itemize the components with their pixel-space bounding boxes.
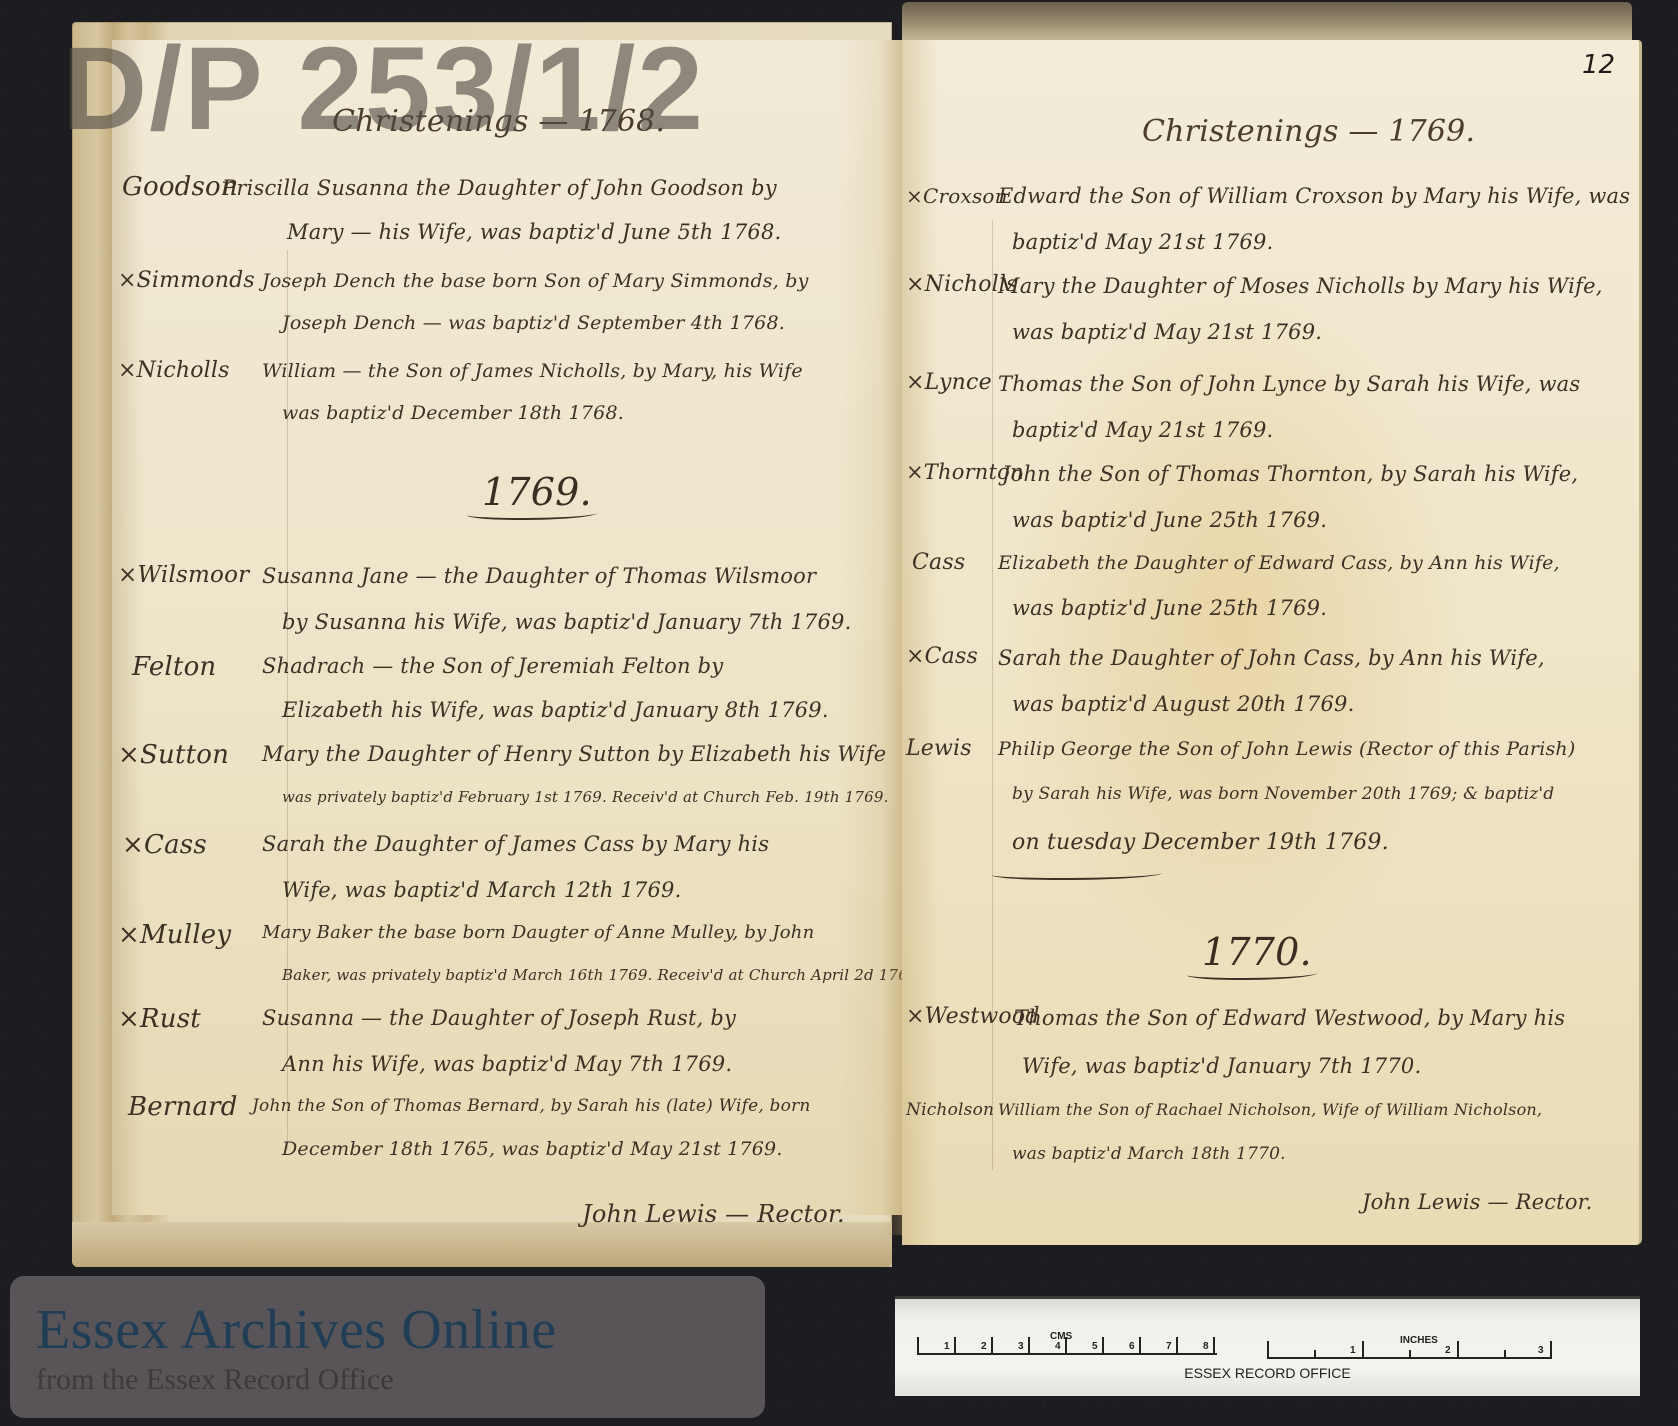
inch-tick-label: 2	[1445, 1345, 1451, 1356]
entry-line: Philip George the Son of John Lewis (Rec…	[998, 738, 1575, 760]
entry-line: Joseph Dench — was baptiz'd September 4t…	[282, 312, 785, 334]
tick	[1267, 1341, 1269, 1357]
entry-surname: Goodson	[122, 172, 238, 202]
entry-line: was baptiz'd August 20th 1769.	[1012, 692, 1355, 716]
entry-line: Baker, was privately baptiz'd March 16th…	[282, 966, 923, 984]
entry-line: Shadrach — the Son of Jeremiah Felton by	[262, 654, 723, 678]
entry-line: December 18th 1765, was baptiz'd May 21s…	[282, 1138, 783, 1160]
entry-surname: ×Lynce	[906, 370, 992, 395]
entry-surname: ×Sutton	[118, 740, 229, 770]
entry-line: John the Son of Thomas Thornton, by Sara…	[1002, 462, 1578, 486]
inch-tick-label: 3	[1538, 1345, 1544, 1356]
entry-surname: ×Nicholls	[118, 358, 230, 383]
tick	[1213, 1337, 1215, 1353]
archive-title: Essex Archives Online	[36, 1298, 557, 1362]
entry-line: William — the Son of James Nicholls, by …	[262, 360, 803, 382]
entry-line: was baptiz'd June 25th 1769.	[1012, 508, 1327, 532]
tick	[1139, 1337, 1141, 1353]
entry-line: baptiz'd May 21st 1769.	[1012, 418, 1273, 442]
tick	[1504, 1350, 1506, 1357]
entry-surname: ×Croxson	[906, 184, 1008, 208]
entry-line: William the Son of Rachael Nicholson, Wi…	[998, 1100, 1542, 1119]
ruler-label: ESSEX RECORD OFFICE	[895, 1365, 1640, 1381]
archive-subtitle: from the Essex Record Office	[36, 1363, 394, 1397]
cm-scale: 1 2 3 4 5 6 7 8	[917, 1339, 1217, 1355]
entry-surname: Bernard	[128, 1092, 238, 1122]
cm-tick-label: 5	[1092, 1341, 1098, 1352]
book-cover-top-edge	[902, 2, 1632, 42]
flourish	[992, 868, 1162, 880]
cm-tick-label: 4	[1055, 1341, 1061, 1352]
entry-surname: Cass	[912, 550, 965, 575]
right-page: 12 Christenings — 1769. ×Croxson Edward …	[902, 40, 1642, 1245]
cm-tick-label: 2	[981, 1341, 987, 1352]
cm-tick-label: 7	[1166, 1341, 1172, 1352]
right-page-heading: Christenings — 1769.	[1142, 114, 1475, 149]
entry-surname: ×Cass	[906, 644, 978, 669]
register-book: Christenings — 1768. Goodson Priscilla S…	[72, 22, 1642, 1272]
entry-line: Sarah the Daughter of James Cass by Mary…	[262, 832, 769, 856]
entry-surname: ×Cass	[122, 830, 207, 860]
cm-tick-label: 6	[1129, 1341, 1135, 1352]
left-page: Christenings — 1768. Goodson Priscilla S…	[112, 40, 902, 1215]
entry-line: Wife, was baptiz'd March 12th 1769.	[282, 878, 681, 902]
entry-line: Thomas the Son of John Lynce by Sarah hi…	[998, 372, 1580, 396]
entry-line: Susanna — the Daughter of Joseph Rust, b…	[262, 1006, 736, 1030]
rector-signature: John Lewis — Rector.	[582, 1200, 845, 1228]
entry-surname: ×Mulley	[118, 920, 231, 950]
entry-line: Elizabeth the Daughter of Edward Cass, b…	[998, 552, 1560, 574]
reference-watermark: D/P 253/1/2	[62, 30, 705, 148]
entry-line: Joseph Dench the base born Son of Mary S…	[262, 270, 809, 292]
entry-line: Edward the Son of William Croxson by Mar…	[998, 184, 1630, 208]
entry-line: Sarah the Daughter of John Cass, by Ann …	[998, 646, 1545, 670]
cm-tick-label: 8	[1203, 1341, 1209, 1352]
tick	[991, 1337, 993, 1353]
scale-ruler: CMS 1 2 3 4 5 6 7 8 INCHES 1 2 3 ESSEX R…	[895, 1296, 1640, 1396]
entry-surname: ×Wilsmoor	[118, 562, 249, 588]
entry-line: John the Son of Thomas Bernard, by Sarah…	[252, 1096, 811, 1116]
entry-line: by Sarah his Wife, was born November 20t…	[1012, 784, 1554, 804]
cm-tick-label: 3	[1018, 1341, 1024, 1352]
tick	[1550, 1341, 1552, 1357]
entry-line: was baptiz'd December 18th 1768.	[282, 402, 624, 424]
tick	[1065, 1337, 1067, 1353]
entry-line: Susanna Jane — the Daughter of Thomas Wi…	[262, 564, 816, 588]
tick	[1176, 1337, 1178, 1353]
inch-scale: 1 2 3	[1267, 1343, 1552, 1359]
entry-line: Mary — his Wife, was baptiz'd June 5th 1…	[287, 220, 781, 244]
tick	[917, 1337, 919, 1353]
entry-line: Wife, was baptiz'd January 7th 1770.	[1022, 1054, 1421, 1078]
entry-surname: Lewis	[906, 736, 972, 761]
entry-surname: ×Simmonds	[118, 268, 255, 293]
tick	[1457, 1341, 1459, 1357]
rector-signature: John Lewis — Rector.	[1362, 1190, 1592, 1214]
book-cover-bottom	[72, 1222, 892, 1267]
tick	[1028, 1337, 1030, 1353]
tick	[1314, 1350, 1316, 1357]
page-number: 12	[1582, 50, 1615, 80]
inch-tick-label: 1	[1350, 1345, 1356, 1356]
cm-tick-label: 1	[944, 1341, 950, 1352]
entry-surname: Nicholson	[906, 1100, 994, 1120]
flourish	[467, 508, 597, 520]
entry-line: Priscilla Susanna the Daughter of John G…	[222, 176, 777, 200]
tick	[1362, 1341, 1364, 1357]
entry-line: Mary the Daughter of Moses Nicholls by M…	[998, 274, 1603, 298]
tick	[1409, 1350, 1411, 1357]
entry-surname: Felton	[132, 652, 216, 682]
entry-line: Mary the Daughter of Henry Sutton by Eli…	[262, 742, 886, 766]
entry-line: baptiz'd May 21st 1769.	[1012, 230, 1273, 254]
entry-line: Thomas the Son of Edward Westwood, by Ma…	[1014, 1006, 1565, 1030]
entry-line: was baptiz'd March 18th 1770.	[1012, 1144, 1286, 1164]
entry-line: by Susanna his Wife, was baptiz'd Januar…	[282, 610, 851, 634]
entry-line: was baptiz'd May 21st 1769.	[1012, 320, 1322, 344]
entry-line: on tuesday December 19th 1769.	[1012, 830, 1389, 855]
entry-line: Mary Baker the base born Daugter of Anne…	[262, 922, 814, 943]
entry-surname: ×Rust	[118, 1004, 201, 1034]
tick	[1102, 1337, 1104, 1353]
entry-line: was baptiz'd June 25th 1769.	[1012, 596, 1327, 620]
tick	[954, 1337, 956, 1353]
entry-line: Ann his Wife, was baptiz'd May 7th 1769.	[282, 1052, 732, 1076]
entry-line: Elizabeth his Wife, was baptiz'd January…	[282, 698, 829, 722]
flourish	[1187, 968, 1317, 980]
entry-line: was privately baptiz'd February 1st 1769…	[282, 788, 889, 806]
